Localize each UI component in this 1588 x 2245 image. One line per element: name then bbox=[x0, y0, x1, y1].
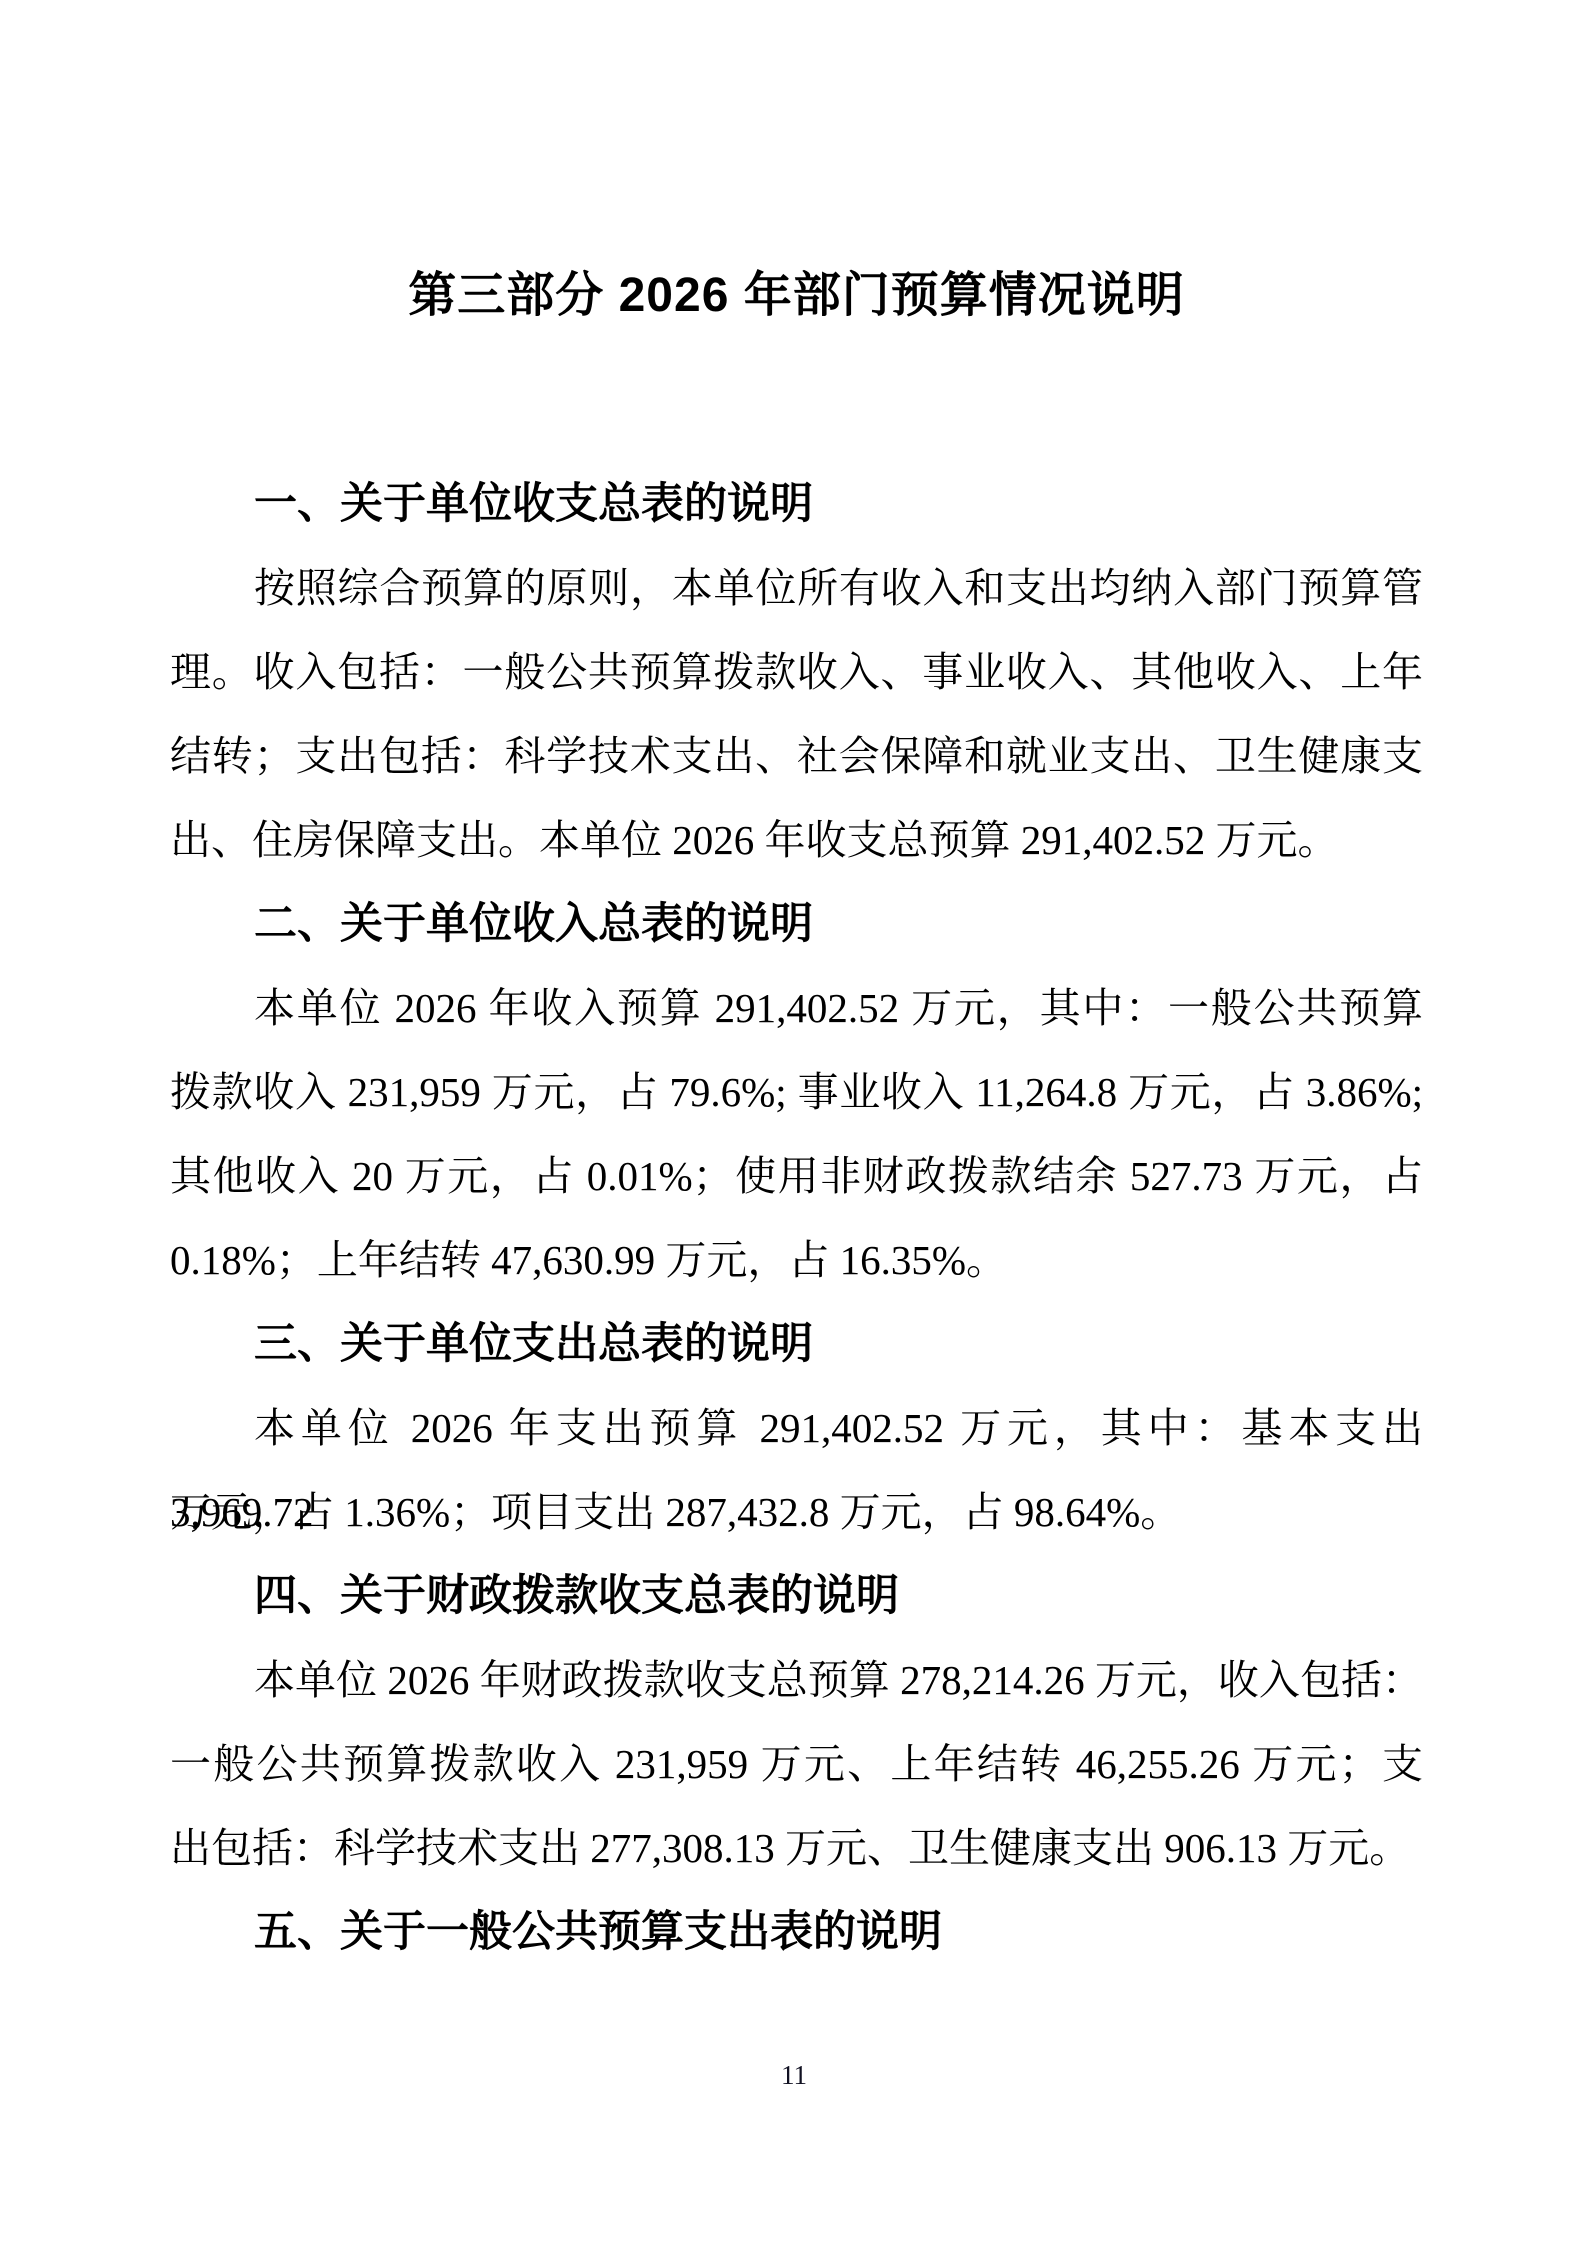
section-heading-4: 四、关于财政拨款收支总表的说明 bbox=[170, 1554, 1423, 1638]
page-number: 11 bbox=[0, 2058, 1588, 2092]
section-heading-5: 五、关于一般公共预算支出表的说明 bbox=[170, 1890, 1423, 1974]
section-heading-3: 三、关于单位支出总表的说明 bbox=[170, 1302, 1423, 1386]
document-body: 一、关于单位收支总表的说明 按照综合预算的原则，本单位所有收入和支出均纳入部门预… bbox=[170, 462, 1423, 1974]
paragraph-line: 本单位 2026 年财政拨款收支总预算 278,214.26 万元，收入包括： bbox=[170, 1638, 1423, 1722]
paragraph-line: 结转；支出包括：科学技术支出、社会保障和就业支出、卫生健康支 bbox=[170, 714, 1423, 798]
paragraph-line: 拨款收入 231,959 万元，占 79.6%; 事业收入 11,264.8 万… bbox=[170, 1050, 1423, 1134]
section-heading-2: 二、关于单位收入总表的说明 bbox=[170, 882, 1423, 966]
section-heading-1: 一、关于单位收支总表的说明 bbox=[170, 462, 1423, 546]
document-title: 第三部分 2026 年部门预算情况说明 bbox=[170, 266, 1423, 326]
paragraph-line: 按照综合预算的原则，本单位所有收入和支出均纳入部门预算管 bbox=[170, 546, 1423, 630]
document-page: 第三部分 2026 年部门预算情况说明 一、关于单位收支总表的说明 按照综合预算… bbox=[0, 0, 1588, 2245]
paragraph-line: 一般公共预算拨款收入 231,959 万元、上年结转 46,255.26 万元；… bbox=[170, 1722, 1423, 1806]
paragraph-line: 出、住房保障支出。本单位 2026 年收支总预算 291,402.52 万元。 bbox=[170, 798, 1423, 882]
paragraph-line: 万元，占 1.36%；项目支出 287,432.8 万元，占 98.64%。 bbox=[170, 1470, 1423, 1554]
paragraph-line: 0.18%；上年结转 47,630.99 万元，占 16.35%。 bbox=[170, 1218, 1423, 1302]
paragraph-line: 其他收入 20 万元，占 0.01%；使用非财政拨款结余 527.73 万元，占 bbox=[170, 1134, 1423, 1218]
paragraph-line: 本单位 2026 年收入预算 291,402.52 万元，其中：一般公共预算 bbox=[170, 966, 1423, 1050]
paragraph-line: 出包括：科学技术支出 277,308.13 万元、卫生健康支出 906.13 万… bbox=[170, 1806, 1423, 1890]
paragraph-line: 本单位 2026 年支出预算 291,402.52 万元，其中：基本支出 3,9… bbox=[170, 1386, 1423, 1470]
paragraph-line: 理。收入包括：一般公共预算拨款收入、事业收入、其他收入、上年 bbox=[170, 630, 1423, 714]
